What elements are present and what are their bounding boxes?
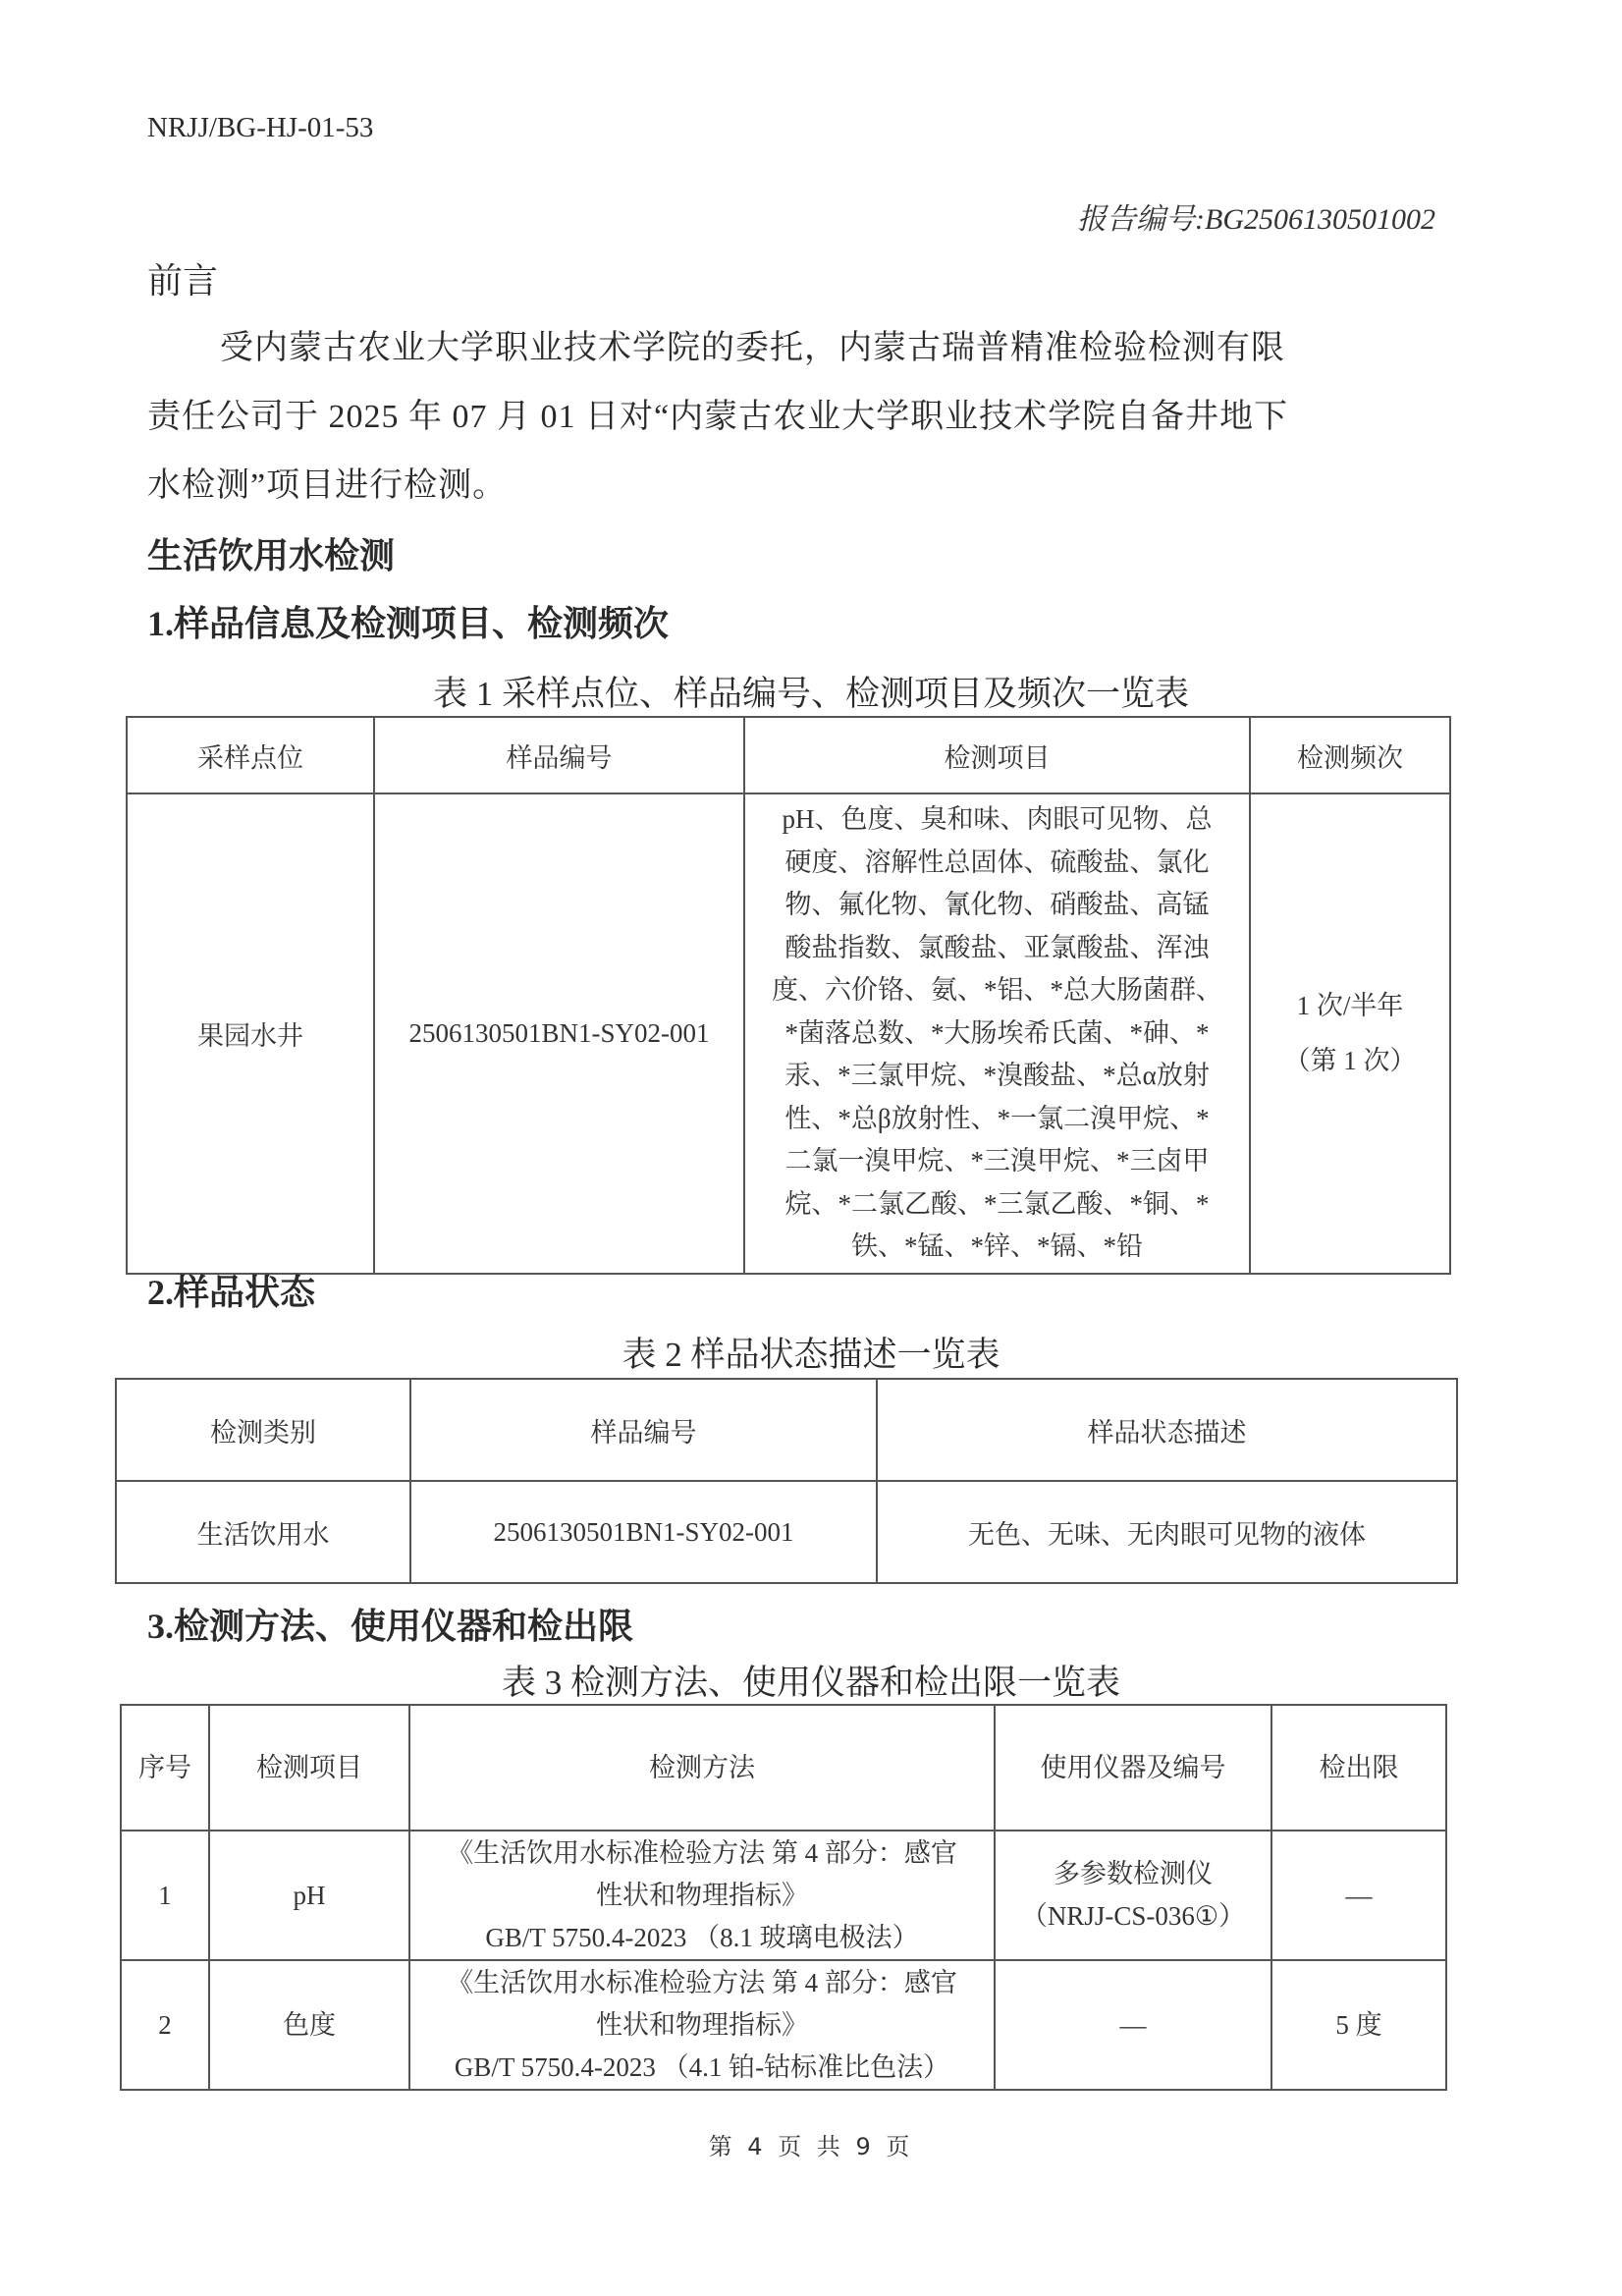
table1-caption: 表 1 采样点位、样品编号、检测项目及频次一览表 — [0, 667, 1622, 716]
preface-line-3: 水检测”项目进行检测。 — [147, 452, 1424, 520]
method-line: 性状和物理指标》 — [416, 2004, 988, 2047]
instrument-line: （NRJJ-CS-036①） — [1001, 1895, 1265, 1938]
items-line: *菌落总数、*大肠埃希氏菌、*砷、* — [759, 1012, 1235, 1056]
frequency-round: （第 1 次） — [1257, 1033, 1443, 1088]
table1-header-row: 采样点位 样品编号 检测项目 检测频次 — [127, 717, 1450, 793]
table2-header-row: 检测类别 样品编号 样品状态描述 — [116, 1379, 1457, 1481]
frequency-line: 1 次/半年 — [1257, 978, 1443, 1033]
method-line: GB/T 5750.4-2023 （8.1 玻璃电极法） — [416, 1917, 988, 1959]
preface-line-1: 受内蒙古农业大学职业技术学院的委托，内蒙古瑞普精准检验检测有限 — [147, 314, 1424, 383]
table2-col-category: 检测类别 — [116, 1379, 410, 1481]
table1-col-site: 采样点位 — [127, 717, 374, 793]
items-line: pH、色度、臭和味、肉眼可见物、总 — [759, 798, 1235, 842]
method-line: 《生活饮用水标准检验方法 第 4 部分：感官 — [416, 1832, 988, 1875]
section-title-drinking-water: 生活饮用水检测 — [147, 528, 395, 578]
table2-caption: 表 2 样品状态描述一览表 — [0, 1328, 1622, 1377]
items-line: 度、六价铬、氨、*铝、*总大肠菌群、 — [759, 969, 1235, 1012]
cell-no: 2 — [121, 1960, 209, 2090]
cell-description: 无色、无味、无肉眼可见物的液体 — [877, 1481, 1457, 1583]
table-row: 1 pH 《生活饮用水标准检验方法 第 4 部分：感官 性状和物理指标》 GB/… — [121, 1831, 1446, 1960]
table2-sample-status: 检测类别 样品编号 样品状态描述 生活饮用水 2506130501BN1-SY0… — [115, 1378, 1458, 1584]
items-line: 烷、*二氯乙酸、*三氯乙酸、*铜、* — [759, 1183, 1235, 1227]
table1-sampling: 采样点位 样品编号 检测项目 检测频次 果园水井 2506130501BN1-S… — [126, 716, 1451, 1275]
method-line: 性状和物理指标》 — [416, 1875, 988, 1917]
table-row: 生活饮用水 2506130501BN1-SY02-001 无色、无味、无肉眼可见… — [116, 1481, 1457, 1583]
items-line: 汞、*三氯甲烷、*溴酸盐、*总α放射 — [759, 1055, 1235, 1098]
preface-title: 前言 — [147, 253, 218, 303]
cell-method: 《生活饮用水标准检验方法 第 4 部分：感官 性状和物理指标》 GB/T 575… — [409, 1831, 995, 1960]
table-row: 果园水井 2506130501BN1-SY02-001 pH、色度、臭和味、肉眼… — [127, 793, 1450, 1274]
cell-instrument: 多参数检测仪 （NRJJ-CS-036①） — [995, 1831, 1271, 1960]
page-number: 第 4 页 共 9 页 — [0, 2127, 1622, 2161]
cell-category: 生活饮用水 — [116, 1481, 410, 1583]
items-line: 酸盐指数、氯酸盐、亚氯酸盐、浑浊 — [759, 927, 1235, 970]
table3-col-instrument: 使用仪器及编号 — [995, 1705, 1271, 1831]
instrument-line: — — [1001, 2004, 1265, 2047]
items-line: 性、*总β放射性、*一氯二溴甲烷、* — [759, 1098, 1235, 1141]
cell-instrument: — — [995, 1960, 1271, 2090]
table3-col-method: 检测方法 — [409, 1705, 995, 1831]
items-line: 硬度、溶解性总固体、硫酸盐、氯化 — [759, 842, 1235, 885]
items-line: 二氯一溴甲烷、*三溴甲烷、*三卤甲 — [759, 1140, 1235, 1183]
preface-paragraph: 受内蒙古农业大学职业技术学院的委托，内蒙古瑞普精准检验检测有限 责任公司于 20… — [147, 314, 1424, 520]
preface-line-2: 责任公司于 2025 年 07 月 01 日对“内蒙古农业大学职业技术学院自备井… — [147, 383, 1424, 452]
report-number: 报告编号:BG2506130501002 — [1077, 194, 1435, 238]
table1-col-frequency: 检测频次 — [1250, 717, 1450, 793]
cell-limit: — — [1271, 1831, 1446, 1960]
table3-col-item: 检测项目 — [209, 1705, 409, 1831]
section3-heading: 3.检测方法、使用仪器和检出限 — [147, 1599, 633, 1649]
cell-frequency: 1 次/半年 （第 1 次） — [1250, 793, 1450, 1274]
table1-col-sample-no: 样品编号 — [374, 717, 744, 793]
instrument-line: 多参数检测仪 — [1001, 1853, 1265, 1895]
cell-test-items: pH、色度、臭和味、肉眼可见物、总 硬度、溶解性总固体、硫酸盐、氯化 物、氟化物… — [744, 793, 1250, 1274]
table3-methods: 序号 检测项目 检测方法 使用仪器及编号 检出限 1 pH 《生活饮用水标准检验… — [120, 1704, 1447, 2091]
cell-item: 色度 — [209, 1960, 409, 2090]
method-line: 《生活饮用水标准检验方法 第 4 部分：感官 — [416, 1962, 988, 2004]
table2-col-description: 样品状态描述 — [877, 1379, 1457, 1481]
table3-caption: 表 3 检测方法、使用仪器和检出限一览表 — [0, 1656, 1622, 1705]
cell-no: 1 — [121, 1831, 209, 1960]
cell-sample-no: 2506130501BN1-SY02-001 — [374, 793, 744, 1274]
section2-heading: 2.样品状态 — [147, 1265, 315, 1315]
cell-item: pH — [209, 1831, 409, 1960]
cell-sample-no: 2506130501BN1-SY02-001 — [410, 1481, 877, 1583]
table3-col-limit: 检出限 — [1271, 1705, 1446, 1831]
document-code: NRJJ/BG-HJ-01-53 — [147, 112, 373, 144]
table1-col-items: 检测项目 — [744, 717, 1250, 793]
table3-header-row: 序号 检测项目 检测方法 使用仪器及编号 检出限 — [121, 1705, 1446, 1831]
items-line: 物、氟化物、氰化物、硝酸盐、高锰 — [759, 884, 1235, 927]
cell-method: 《生活饮用水标准检验方法 第 4 部分：感官 性状和物理指标》 GB/T 575… — [409, 1960, 995, 2090]
cell-site: 果园水井 — [127, 793, 374, 1274]
table2-col-sample-no: 样品编号 — [410, 1379, 877, 1481]
method-line: GB/T 5750.4-2023 （4.1 铂-钴标准比色法） — [416, 2047, 988, 2089]
items-line: 铁、*锰、*锌、*镉、*铅 — [759, 1226, 1235, 1269]
table3-col-no: 序号 — [121, 1705, 209, 1831]
table-row: 2 色度 《生活饮用水标准检验方法 第 4 部分：感官 性状和物理指标》 GB/… — [121, 1960, 1446, 2090]
section1-heading: 1.样品信息及检测项目、检测频次 — [147, 596, 669, 646]
cell-limit: 5 度 — [1271, 1960, 1446, 2090]
